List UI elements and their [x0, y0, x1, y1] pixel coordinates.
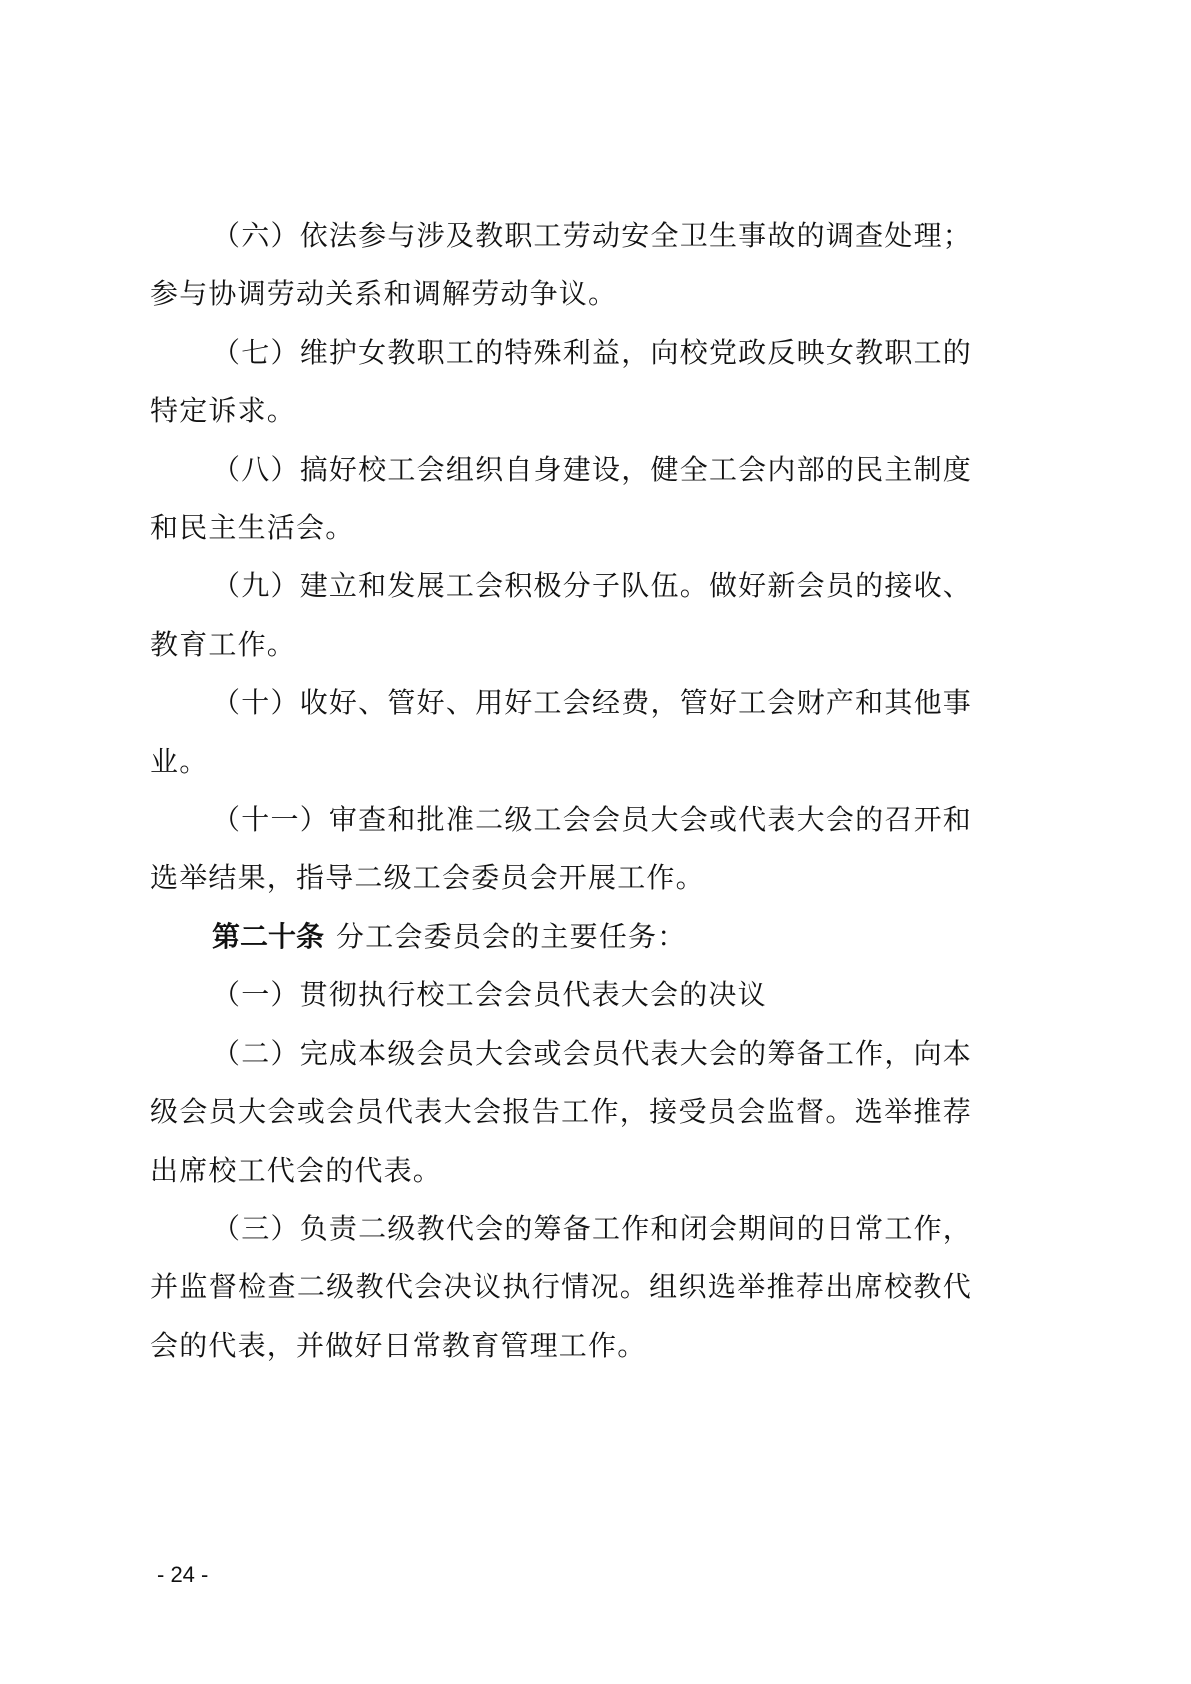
document-page: （六）依法参与涉及教职工劳动安全卫生事故的调查处理；参与协调劳动关系和调解劳动争…: [0, 0, 1191, 1684]
page-number: - 24 -: [157, 1562, 208, 1588]
article-text: 分工会委员会的主要任务：: [336, 920, 686, 953]
paragraph-subitem-2: （二）完成本级会员大会或会员代表大会的筹备工作，向本级会员大会或会员代表大会报告…: [150, 1025, 972, 1200]
paragraph-item-8: （八）搞好校工会组织自身建设，健全工会内部的民主制度和民主生活会。: [150, 441, 972, 558]
paragraph-item-7: （七）维护女教职工的特殊利益，向校党政反映女教职工的特定诉求。: [150, 324, 972, 441]
paragraph-item-10: （十）收好、管好、用好工会经费，管好工会财产和其他事业。: [150, 674, 972, 791]
article-number: 第二十条: [212, 920, 324, 953]
document-body: （六）依法参与涉及教职工劳动安全卫生事故的调查处理；参与协调劳动关系和调解劳动争…: [150, 207, 972, 1375]
paragraph-item-6: （六）依法参与涉及教职工劳动安全卫生事故的调查处理；参与协调劳动关系和调解劳动争…: [150, 207, 972, 324]
paragraph-item-11: （十一）审查和批准二级工会会员大会或代表大会的召开和选举结果，指导二级工会委员会…: [150, 791, 972, 908]
paragraph-subitem-1: （一）贯彻执行校工会会员代表大会的决议: [150, 966, 972, 1024]
paragraph-item-9: （九）建立和发展工会积极分子队伍。做好新会员的接收、教育工作。: [150, 557, 972, 674]
paragraph-subitem-3: （三）负责二级教代会的筹备工作和闭会期间的日常工作，并监督检查二级教代会决议执行…: [150, 1200, 972, 1375]
article-heading-20: 第二十条分工会委员会的主要任务：: [150, 908, 972, 966]
